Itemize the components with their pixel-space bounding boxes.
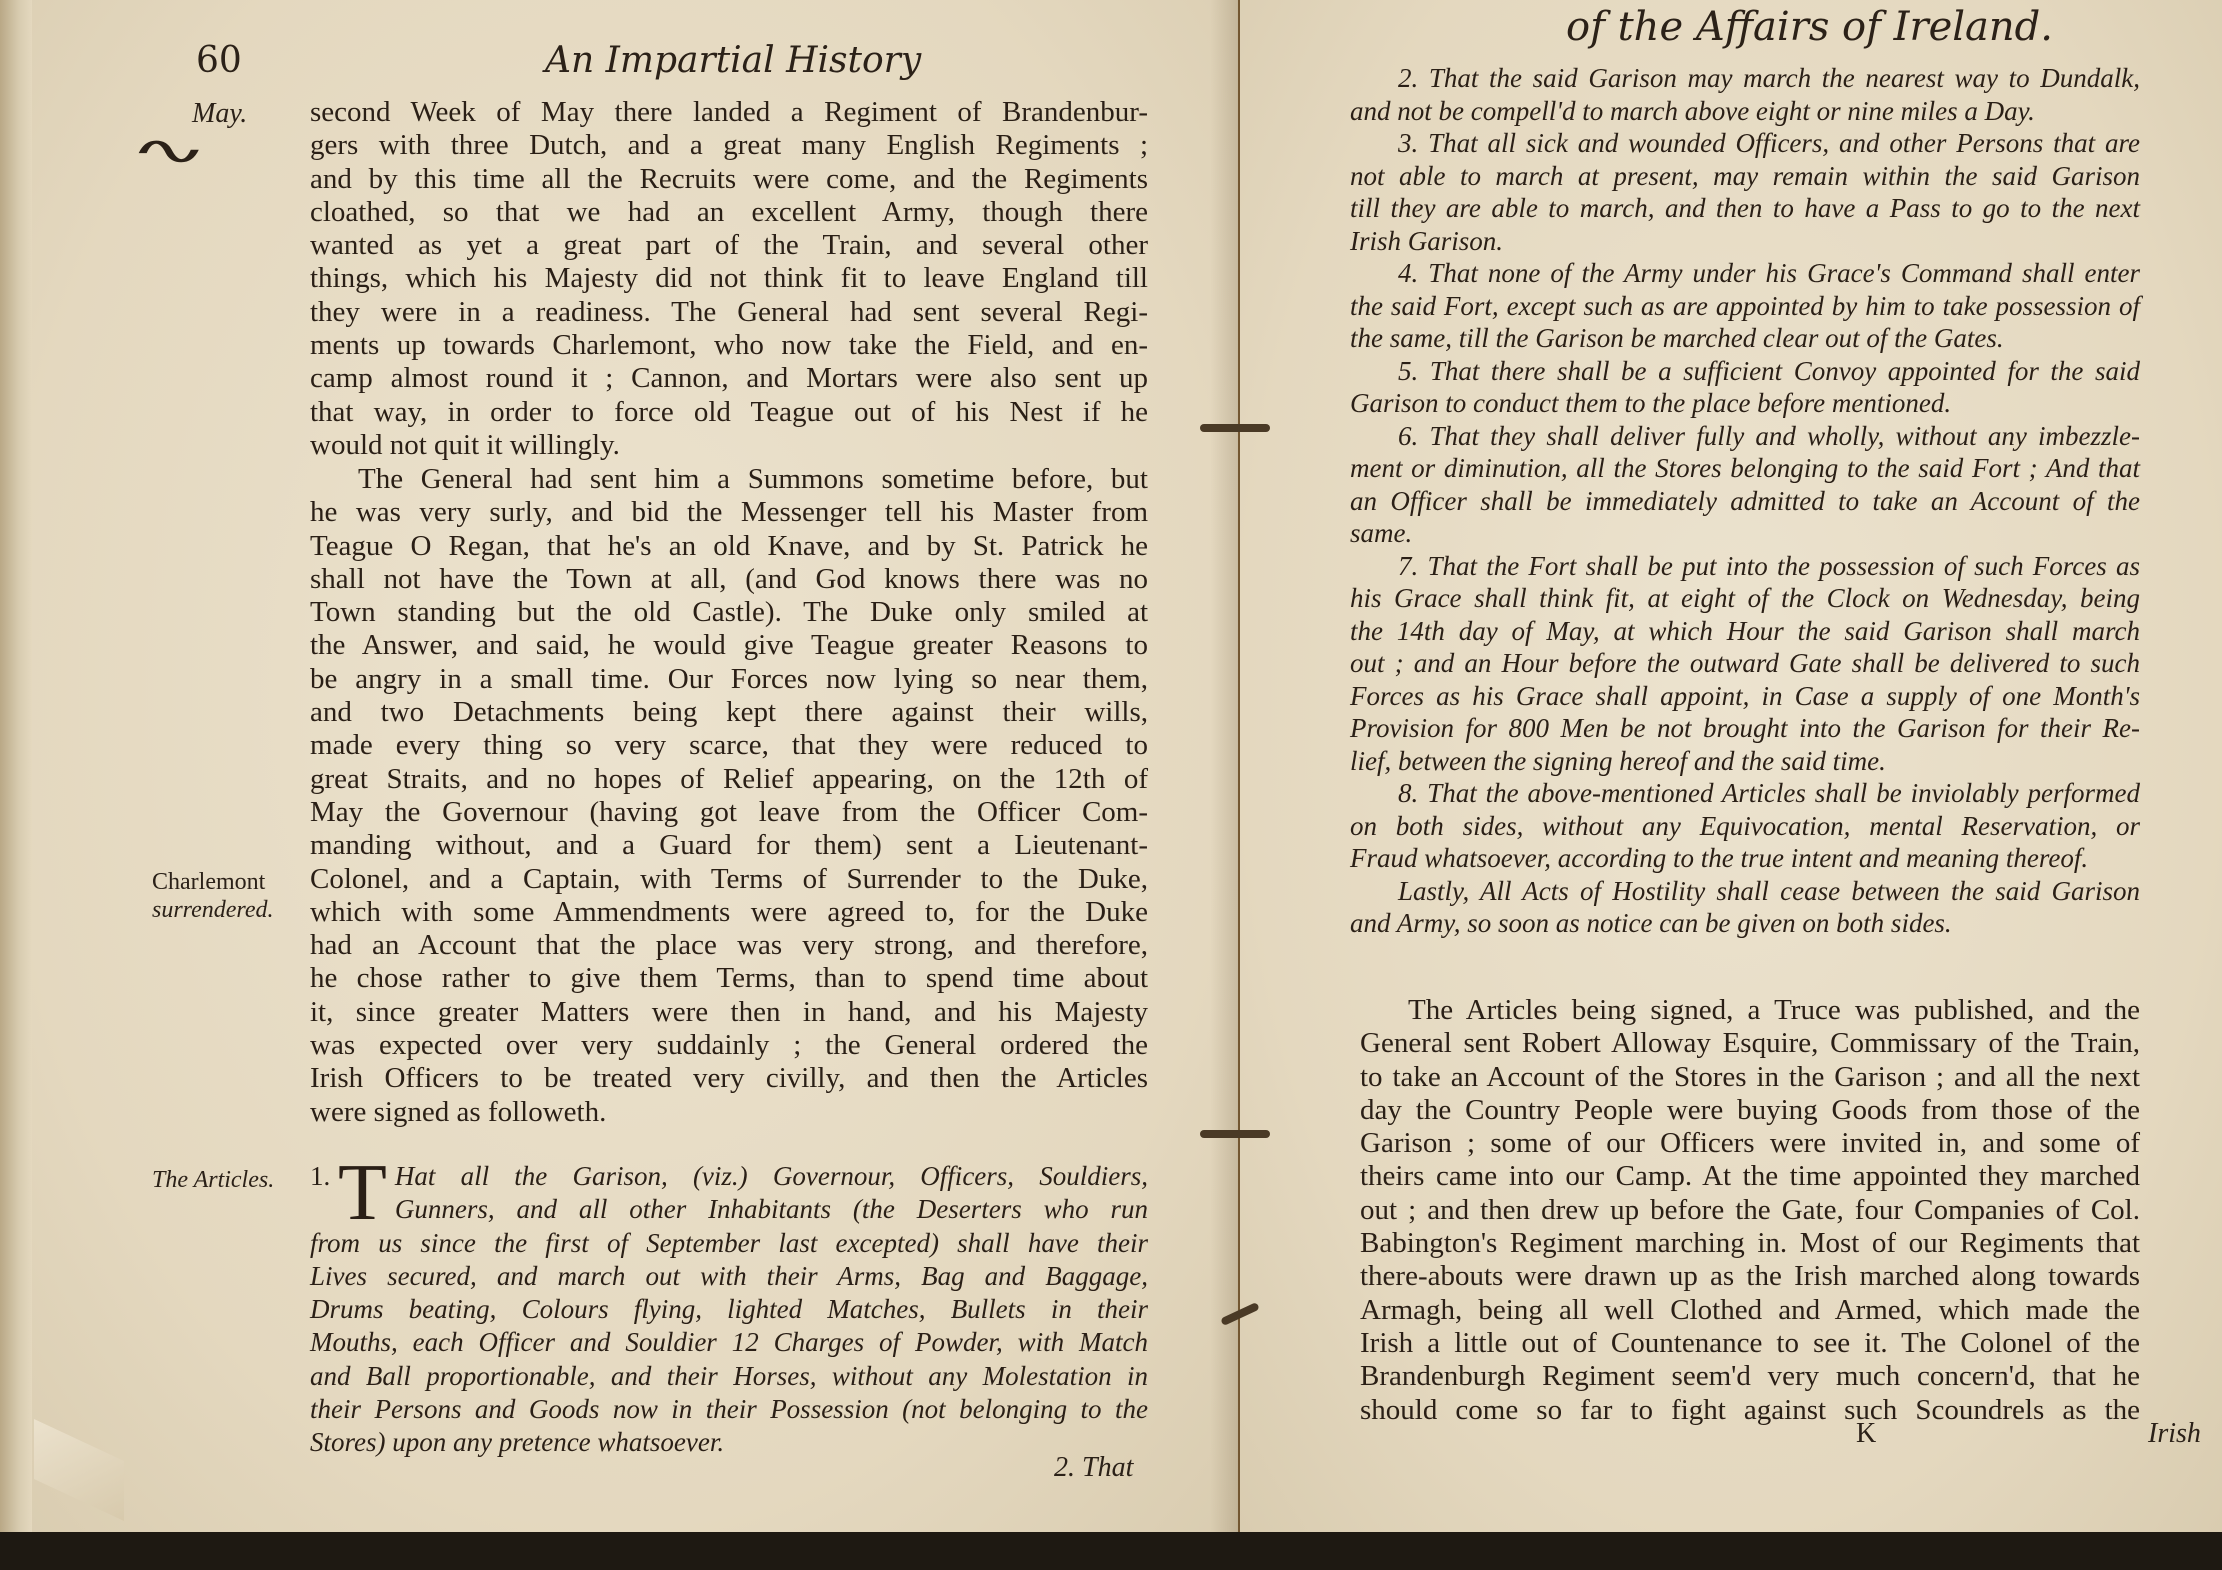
- text-line: he was very surly, and bid the Messenger…: [310, 496, 1148, 529]
- text-line: theirs came into our Camp. At the time a…: [1360, 1160, 2140, 1193]
- article-8-line: Fraud whatsoever, according to the true …: [1350, 842, 2140, 875]
- margin-note-line: Charlemont: [152, 869, 265, 895]
- text-line: The General had sent him a Summons somet…: [310, 463, 1148, 496]
- text-line: from us since the first of September las…: [310, 1227, 1148, 1260]
- text-line: were signed as followeth.: [310, 1096, 1148, 1129]
- text-line: Teague O Regan, that he's an old Knave, …: [310, 530, 1148, 563]
- text-line: great Straits, and no hopes of Relief ap…: [310, 763, 1148, 796]
- text-line: which with some Ammendments were agreed …: [310, 896, 1148, 929]
- margin-note-charlemont: Charlemont surrendered.: [152, 868, 274, 924]
- article-4-line: the said Fort, except such as are appoin…: [1350, 290, 2140, 323]
- text-line: The Articles being signed, a Truce was p…: [1360, 994, 2140, 1027]
- article-5-line: Garison to conduct them to the place bef…: [1350, 387, 2140, 420]
- article-5-line: 5. That there shall be a sufficient Conv…: [1350, 355, 2140, 388]
- text-line: be angry in a small time. Our Forces now…: [310, 663, 1148, 696]
- text-line: Town standing but the old Castle). The D…: [310, 596, 1148, 629]
- text-line: should come so far to fight against such…: [1360, 1394, 2140, 1427]
- text-line: and by this time all the Recruits were c…: [310, 163, 1148, 196]
- article-7-line: Forces as his Grace shall appoint, in Ca…: [1350, 680, 2140, 713]
- text-line: that way, in order to force old Teague o…: [310, 396, 1148, 429]
- manicule-ink-mark: ∿: [129, 128, 209, 174]
- right-page: of the Affairs of Ireland. 2. That the s…: [1240, 0, 2222, 1532]
- article-3-line: till they are able to march, and then to…: [1350, 192, 2140, 225]
- text-line: Gunners, and all other Inhabitants (the …: [310, 1193, 1148, 1226]
- article-3-line: Irish Garison.: [1350, 225, 2140, 258]
- text-line: cloathed, so that we had an excellent Ar…: [310, 196, 1148, 229]
- text-line: gers with three Dutch, and a great many …: [310, 129, 1148, 162]
- article-7-line: out ; and an Hour before the outward Gat…: [1350, 647, 2140, 680]
- article-3-line: 3. That all sick and wounded Officers, a…: [1350, 127, 2140, 160]
- left-page: 60 An Impartial History May. ∿ Charlemon…: [0, 0, 1240, 1532]
- text-line: General sent Robert Alloway Esquire, Com…: [1360, 1027, 2140, 1060]
- article-6-line: 6. That they shall deliver fully and who…: [1350, 420, 2140, 453]
- text-line: to take an Account of the Stores in the …: [1360, 1061, 2140, 1094]
- article-2-line: and not be compell'd to march above eigh…: [1350, 95, 2140, 128]
- text-line: he chose rather to give them Terms, than…: [310, 962, 1148, 995]
- text-line: it, since greater Matters were then in h…: [310, 996, 1148, 1029]
- text-line: Irish a little out of Countenance to see…: [1360, 1327, 2140, 1360]
- text-line: Armagh, being all well Clothed and Armed…: [1360, 1294, 2140, 1327]
- article-7-line: his Grace shall think fit, at eight of t…: [1350, 582, 2140, 615]
- folded-corner: [34, 1419, 124, 1521]
- text-line: ments up towards Charlemont, who now tak…: [310, 329, 1148, 362]
- article-7-line: lief, between the signing hereof and the…: [1350, 745, 2140, 778]
- text-line: wanted as yet a great part of the Train,…: [310, 229, 1148, 262]
- text-line: had an Account that the place was very s…: [310, 929, 1148, 962]
- running-head: An Impartial History: [545, 40, 921, 81]
- article-4-line: the same, till the Garison be marched cl…: [1350, 322, 2140, 355]
- article-lastly-line: and Army, so soon as notice can be given…: [1350, 907, 2140, 940]
- text-line: out ; and then drew up before the Gate, …: [1360, 1194, 2140, 1227]
- article-6-line: an Officer shall be immediately admitted…: [1350, 485, 2140, 518]
- text-line: things, which his Majesty did not think …: [310, 262, 1148, 295]
- text-line: second Week of May there landed a Regime…: [310, 96, 1148, 129]
- page-tear-mark: [1200, 1130, 1270, 1138]
- text-line: Mouths, each Officer and Souldier 12 Cha…: [310, 1326, 1148, 1359]
- text-line: Colonel, and a Captain, with Terms of Su…: [310, 863, 1148, 896]
- text-line: camp almost round it ; Cannon, and Morta…: [310, 362, 1148, 395]
- margin-note-line: surrendered.: [152, 897, 274, 923]
- text-line: would not quit it willingly.: [310, 429, 1148, 462]
- article-6-line: ment or diminution, all the Stores belon…: [1350, 452, 2140, 485]
- open-book: 60 An Impartial History May. ∿ Charlemon…: [0, 0, 2222, 1540]
- page-edge: [0, 0, 32, 1532]
- article-lastly-line: Lastly, All Acts of Hostility shall ceas…: [1350, 875, 2140, 908]
- text-line: Babington's Regiment marching in. Most o…: [1360, 1227, 2140, 1260]
- text-line: they were in a readiness. The General ha…: [310, 296, 1148, 329]
- signature-mark: K: [1856, 1418, 1876, 1450]
- article-3-line: not able to march at present, may remain…: [1350, 160, 2140, 193]
- margin-note-articles: The Articles.: [152, 1166, 274, 1194]
- margin-note-month: May.: [192, 100, 247, 128]
- text-line: the Answer, and said, he would give Teag…: [310, 629, 1148, 662]
- articles-2-to-8: 2. That the said Garison may march the n…: [1350, 62, 2140, 940]
- text-line: and Ball proportionable, and their Horse…: [310, 1360, 1148, 1393]
- text-line: their Persons and Goods now in their Pos…: [310, 1393, 1148, 1426]
- page-number: 60: [196, 40, 242, 81]
- background-surface: [0, 1532, 2222, 1570]
- body-paragraph-truce: The Articles being signed, a Truce was p…: [1360, 994, 2140, 1427]
- article-7-line: 7. That the Fort shall be put into the p…: [1350, 550, 2140, 583]
- article-1: 1. T Hat all the Garison, (viz.) Governo…: [310, 1160, 1148, 1460]
- article-8-line: on both sides, without any Equivocation,…: [1350, 810, 2140, 843]
- text-line: manding without, and a Guard for them) s…: [310, 829, 1148, 862]
- text-line: there-abouts were drawn up as the Irish …: [1360, 1260, 2140, 1293]
- text-line: Drums beating, Colours flying, lighted M…: [310, 1293, 1148, 1326]
- article-7-line: Provision for 800 Men be not brought int…: [1350, 712, 2140, 745]
- text-line: Garison ; some of our Officers were invi…: [1360, 1127, 2140, 1160]
- text-line: Lives secured, and march out with their …: [310, 1260, 1148, 1293]
- text-line: Irish Officers to be treated very civill…: [310, 1062, 1148, 1095]
- text-line: May the Governour (having got leave from…: [310, 796, 1148, 829]
- catchword: 2. That: [1054, 1452, 1133, 1484]
- article-8-line: 8. That the above-mentioned Articles sha…: [1350, 777, 2140, 810]
- text-line: was expected over very suddainly ; the G…: [310, 1029, 1148, 1062]
- text-line: Hat all the Garison, (viz.) Governour, O…: [310, 1160, 1148, 1193]
- article-4-line: 4. That none of the Army under his Grace…: [1350, 257, 2140, 290]
- drop-cap: T: [338, 1162, 387, 1224]
- text-line: made every thing so very scarce, that th…: [310, 729, 1148, 762]
- running-head: of the Affairs of Ireland.: [1566, 4, 2053, 50]
- body-paragraph-2: The General had sent him a Summons somet…: [310, 463, 1148, 1129]
- article-number: 1.: [310, 1160, 330, 1193]
- catchword: Irish: [2148, 1418, 2201, 1450]
- text-line: Brandenburgh Regiment seem'd very much c…: [1360, 1360, 2140, 1393]
- article-7-line: the 14th day of May, at which Hour the s…: [1350, 615, 2140, 648]
- article-6-line: same.: [1350, 517, 2140, 550]
- text-line: shall not have the Town at all, (and God…: [310, 563, 1148, 596]
- text-line: Stores) upon any pretence whatsoever.: [310, 1426, 1148, 1459]
- text-line: day the Country People were buying Goods…: [1360, 1094, 2140, 1127]
- article-2-line: 2. That the said Garison may march the n…: [1350, 62, 2140, 95]
- page-tear-mark: [1200, 424, 1270, 432]
- text-line: and two Detachments being kept there aga…: [310, 696, 1148, 729]
- body-paragraph-1: second Week of May there landed a Regime…: [310, 96, 1148, 462]
